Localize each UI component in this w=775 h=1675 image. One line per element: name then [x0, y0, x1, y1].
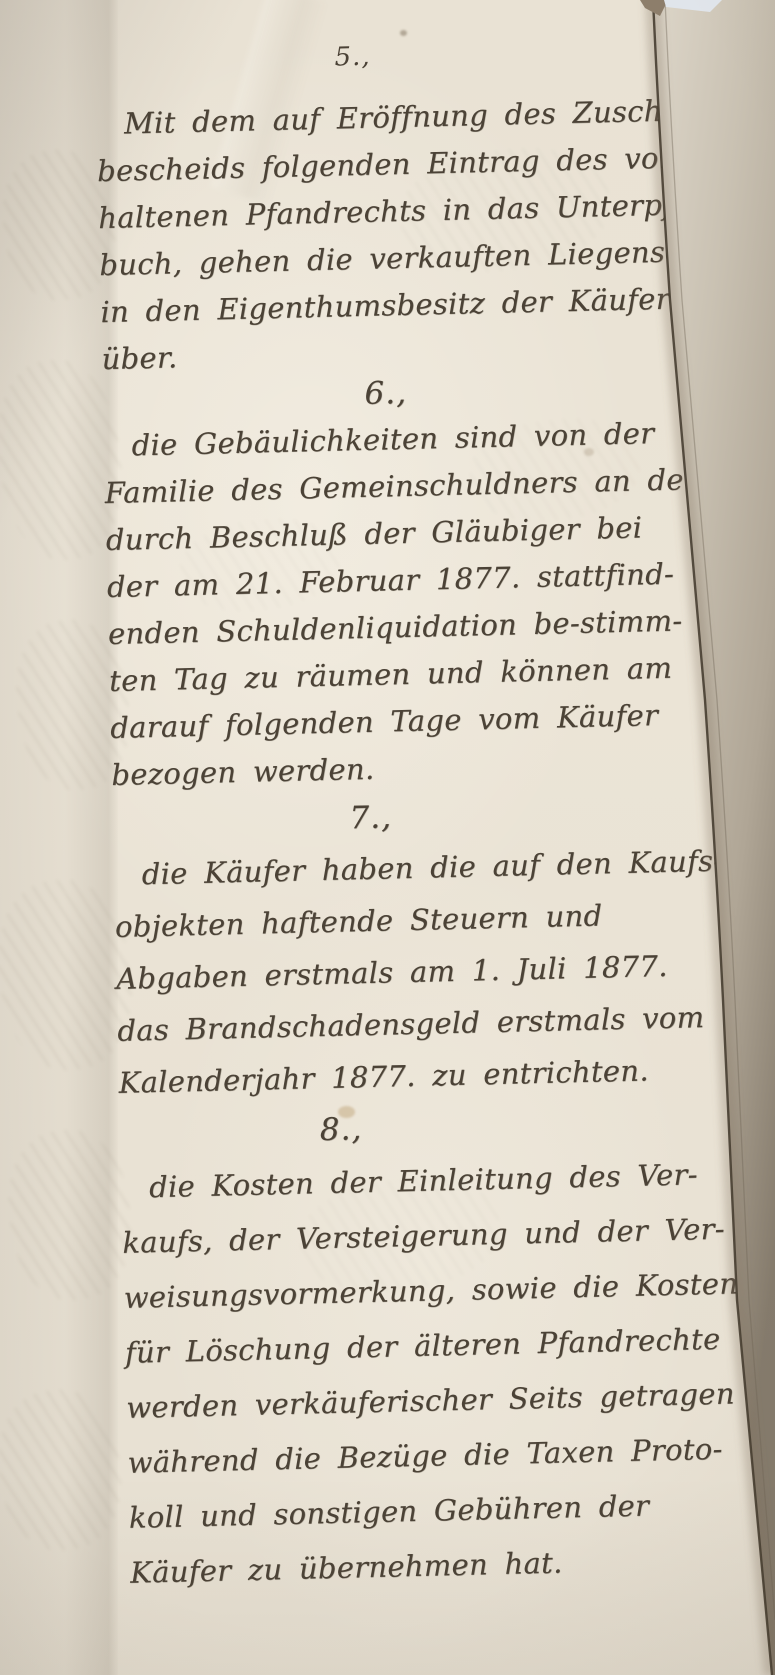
section-number-8: 8., [319, 1095, 700, 1156]
page-number: 5., [334, 30, 675, 78]
paragraph-8: die Kosten der Einleitung des Ver- kaufs… [120, 1147, 710, 1601]
paragraph-7: die Käufer haben die auf den Kaufs- obje… [113, 835, 699, 1109]
handwritten-text: 5., Mit dem auf Eröffnung des Zuschlags-… [0, 0, 711, 1603]
section-number-6: 6., [364, 363, 683, 416]
manuscript-photo: 5., Mit dem auf Eröffnung des Zuschlags-… [0, 0, 775, 1675]
paragraph-6: die Gebäulichkeiten sind von der Familie… [103, 409, 692, 799]
section-number-7: 7., [349, 785, 693, 843]
paragraph-5: Mit dem auf Eröffnung des Zuschlags- bes… [96, 88, 682, 384]
